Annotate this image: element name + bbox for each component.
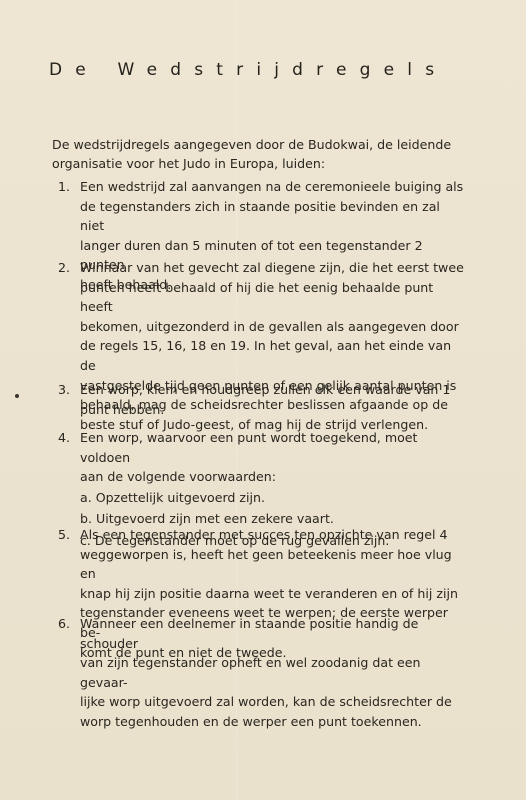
rule-line: Wanneer een deelnemer in staande positie… (80, 614, 468, 653)
rule-line: de tegenstanders zich in staande positie… (80, 197, 468, 236)
rule-line: bekomen, uitgezonderd in de gevallen als… (80, 317, 468, 337)
rule-line: Een wedstrijd zal aanvangen na de ceremo… (80, 177, 468, 197)
rule-line: knap hij zijn positie daarna weet te ver… (80, 584, 468, 604)
rule-line: weggeworpen is, heeft het geen beteekeni… (80, 545, 468, 584)
rule-line: worp tegenhouden en de werper een punt t… (80, 712, 468, 732)
rule-6: 6. Wanneer een deelnemer in staande posi… (58, 614, 468, 732)
rule-line: aan de volgende voorwaarden: (80, 467, 468, 487)
rule-number: 5. (58, 525, 70, 545)
document-page: De Wedstrijdregels De wedstrijdregels aa… (0, 0, 526, 800)
rule-line: Winnaar van het gevecht zal diegene zijn… (80, 258, 468, 278)
rule-line: punten heeft behaald of hij die het eeni… (80, 278, 468, 317)
rule-line: Als een tegenstander met succes ten opzi… (80, 525, 468, 545)
rule-line: Een worp, waarvoor een punt wordt toegek… (80, 428, 468, 467)
rule-line: Een worp, klem en houdgreep zullen elk e… (80, 380, 468, 400)
rule-line: van zijn tegenstander opheft en wel zood… (80, 653, 468, 692)
rule-number: 4. (58, 428, 70, 448)
rule-number: 2. (58, 258, 70, 278)
rule-3: 3. Een worp, klem en houdgreep zullen el… (58, 380, 468, 419)
page-title: De Wedstrijdregels (49, 60, 447, 80)
rule-line: de regels 15, 16, 18 en 19. In het geval… (80, 336, 468, 375)
margin-mark (15, 394, 19, 398)
rule-number: 6. (58, 614, 70, 634)
rule-line: punt hebben. (80, 400, 468, 420)
rule-number: 1. (58, 177, 70, 197)
intro-paragraph: De wedstrijdregels aangegeven door de Bu… (52, 135, 472, 173)
rule-subitem-a: a. Opzettelijk uitgevoerd zijn. (80, 488, 468, 508)
rule-number: 3. (58, 380, 70, 400)
rule-line: lijke worp uitgevoerd zal worden, kan de… (80, 692, 468, 712)
